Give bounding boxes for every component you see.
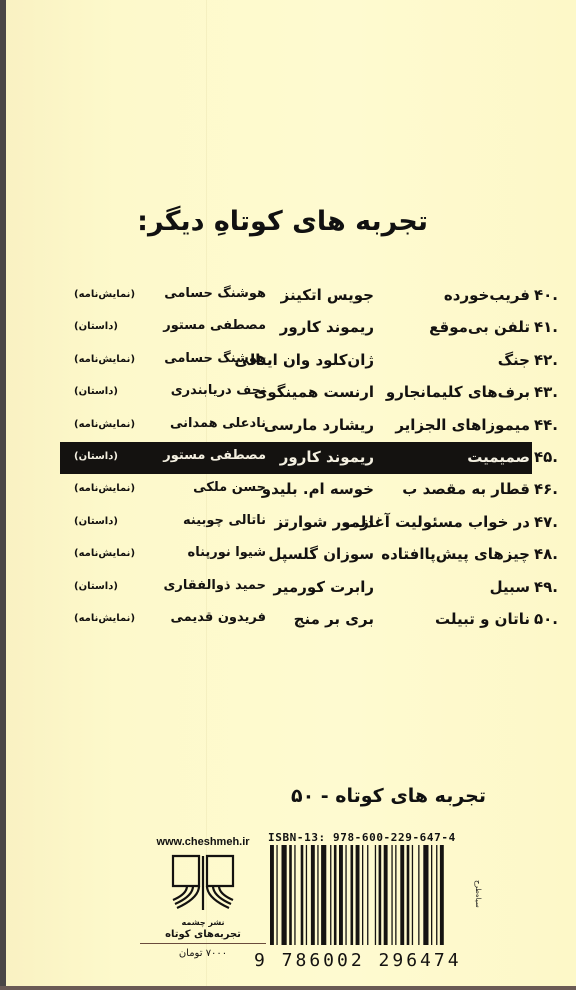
book-title: صمیمیت [467,448,530,466]
book-genre: (نمایش‌نامه) [74,289,135,300]
book-genre: (داستان) [74,386,118,397]
bottom-edge [0,986,576,990]
book-list-item: ۴۹.سبیلرابرت کورمیرحمید ذوالفقاری(داستان… [0,572,576,604]
book-list-item: ۵۰.ناتان و تبیلتبری بر منجفریدون قدیمی(ن… [0,604,576,636]
book-number: ۴۵. [534,448,570,466]
book-list-item: ۴۲.جنگژان‌کلود وان ایتالیهوشنگ حسامی(نما… [0,345,576,377]
book-author: جویس اتکینز [281,286,374,304]
price: ۷۰۰۰ تومان [140,948,266,959]
book-translator: مصطفی مستور [163,318,266,333]
book-title: تلفن بی‌موقع [429,318,530,336]
book-genre: (داستان) [74,516,118,527]
book-author: دلمور شوارتز [274,513,374,531]
isbn-label: ISBN-13: 978-600-229-647-4 [268,831,456,844]
book-number: ۴۶. [534,480,570,498]
book-author: سوزان گلسپل [268,545,374,563]
series-label: تجربه های کوتاه - ۵۰ [291,785,486,807]
book-translator: حمید ذوالفقاری [163,578,266,593]
book-genre: (نمایش‌نامه) [74,548,135,559]
book-list-item: ۴۵.صمیمیتریموند کارورمصطفی مستور(داستان) [0,442,576,474]
book-list-item: ۴۳.برف‌های کلیمانجاروارنست همینگوینجف در… [0,377,576,409]
book-author: ریشارد مارسی [264,416,374,434]
book-translator: فریدون قدیمی [171,610,266,625]
book-genre: (نمایش‌نامه) [74,419,135,430]
book-number: ۴۷. [534,513,570,531]
book-translator: مصطفی مستور [163,448,266,463]
book-back-cover: تجربه های کوتاهِ دیگر: ۴۰.فریب‌خوردهجویس… [0,0,576,990]
book-title: جنگ [498,351,530,369]
book-list-item: ۴۱.تلفن بی‌موقعریموند کارورمصطفی مستور(د… [0,312,576,344]
publisher-url[interactable]: www.cheshmeh.ir [140,836,266,848]
book-genre: (داستان) [74,581,118,592]
book-translator: ناتالی چوبینه [183,513,266,528]
book-title: میموزاهای الجزایر [395,416,530,434]
book-author: بری بر منج [294,610,374,628]
book-author: ریموند کارور [280,448,374,466]
book-translator: نجف دریابندری [171,383,266,398]
book-genre: (نمایش‌نامه) [74,613,135,624]
book-author: رابرت کورمیر [273,578,374,596]
book-list-item: ۴۴.میموزاهای الجزایرریشارد مارسینادعلی ه… [0,410,576,442]
book-title: فریب‌خورده [444,286,530,304]
book-title: سبیل [490,578,530,596]
book-number: ۴۳. [534,383,570,401]
barcode-digits: 9 786002 296474 [254,950,462,971]
other-titles-heading: تجربه های کوتاهِ دیگر: [137,206,428,237]
open-book-logo-icon [169,852,237,912]
book-number: ۴۰. [534,286,570,304]
book-number: ۴۹. [534,578,570,596]
book-translator: هوشنگ حسامی [164,351,266,366]
book-title: ناتان و تبیلت [435,610,530,628]
book-genre: (نمایش‌نامه) [74,354,135,365]
book-genre: (داستان) [74,321,118,332]
publisher-series: تجربه‌های کوتاه [140,929,266,944]
designer-note: سیاه‌طرح [470,880,482,926]
book-number: ۵۰. [534,610,570,628]
book-number: ۴۴. [534,416,570,434]
book-author: ارنست همینگوی [254,383,374,401]
book-number: ۴۱. [534,318,570,336]
book-translator: حسن ملکی [193,480,266,495]
book-list-item: ۴۶.قطار به مقصد بخوسه ام. بلیدوحسن ملکی(… [0,474,576,506]
barcode [266,845,462,955]
book-title: قطار به مقصد ب [402,480,530,498]
book-translator: نادعلی همدانی [170,416,266,431]
book-list-item: ۴۸.چیزهای پیش‌پاافتادهسوزان گلسپلشیوا نو… [0,539,576,571]
book-genre: (داستان) [74,451,118,462]
book-list-item: ۴۷.در خواب مسئولیت آغاز...دلمور شوارتزنا… [0,507,576,539]
book-author: ریموند کارور [280,318,374,336]
book-number: ۴۲. [534,351,570,369]
book-number: ۴۸. [534,545,570,563]
book-title: چیزهای پیش‌پاافتاده [381,545,530,563]
book-genre: (نمایش‌نامه) [74,483,135,494]
book-title: برف‌های کلیمانجارو [386,383,530,401]
book-list-item: ۴۰.فریب‌خوردهجویس اتکینزهوشنگ حسامی(نمای… [0,280,576,312]
book-translator: هوشنگ حسامی [164,286,266,301]
publisher-block: www.cheshmeh.ir نشر چشمه تجربه‌های کوتاه… [140,836,266,959]
book-author: خوسه ام. بلیدو [262,480,374,498]
publisher-name: نشر چشمه [140,918,266,927]
book-translator: شیوا نورپناه [188,545,266,560]
